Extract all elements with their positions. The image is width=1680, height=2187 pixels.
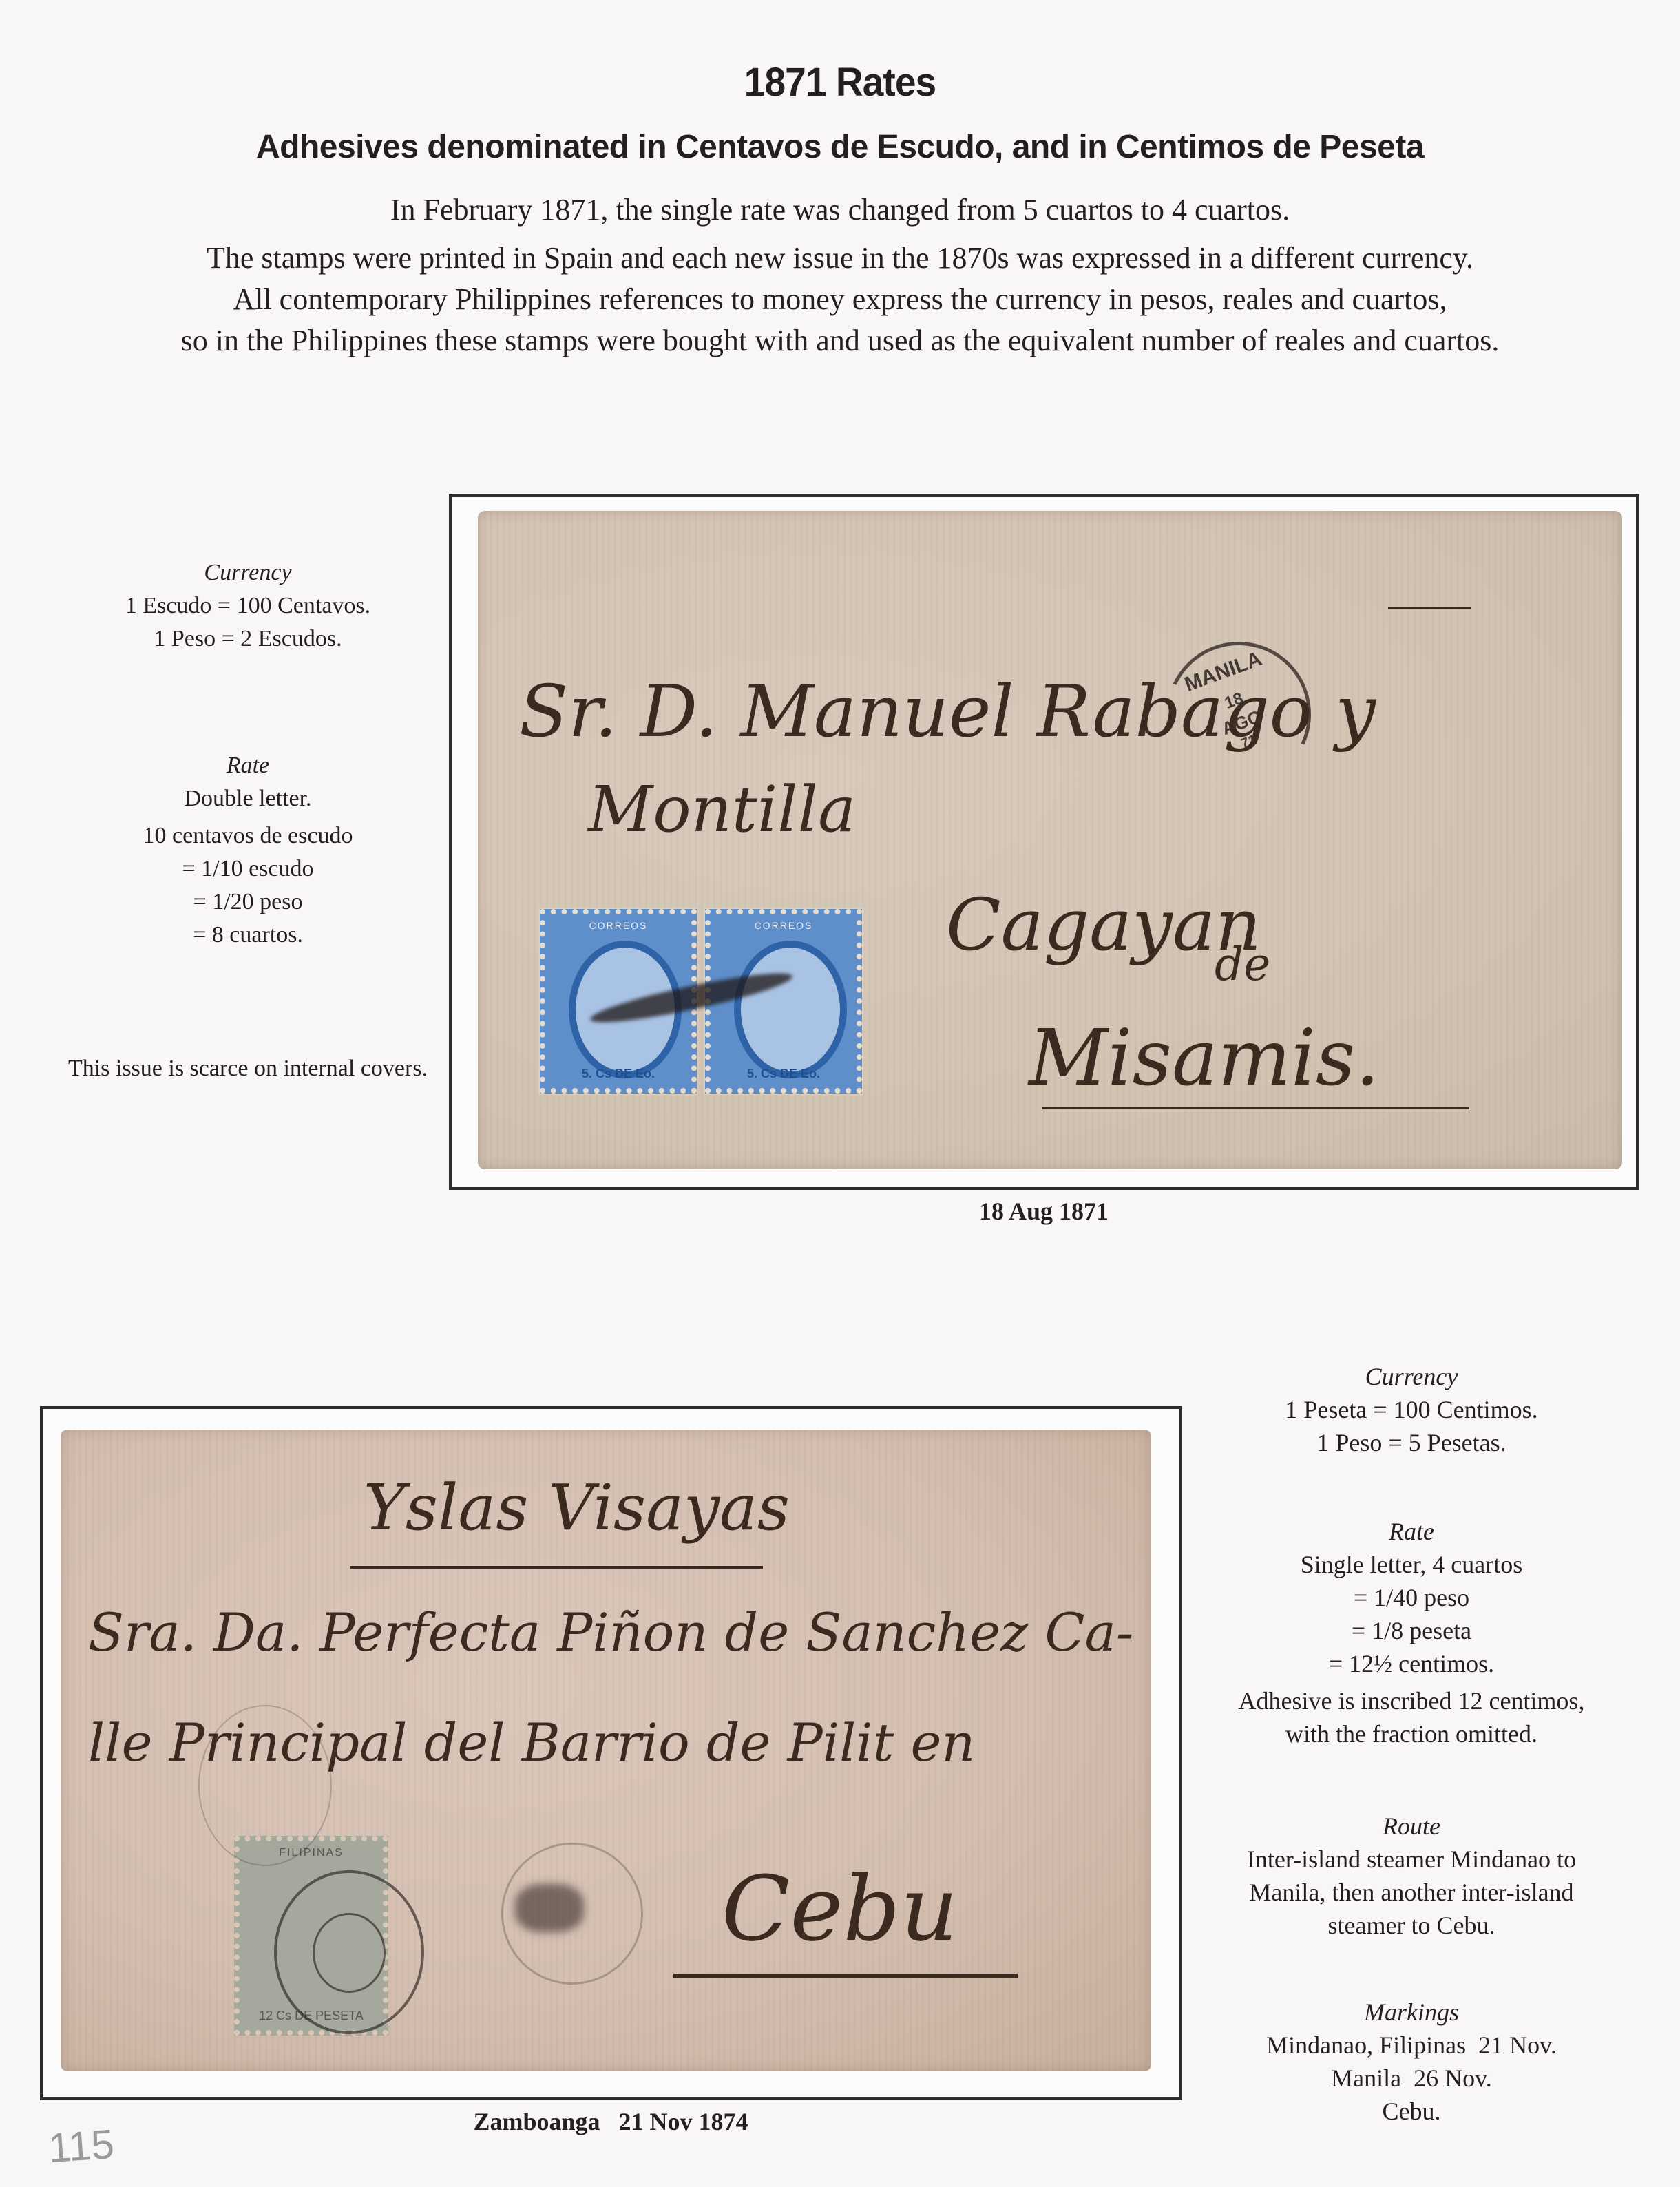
underline — [1042, 1107, 1469, 1109]
currency-heading: Currency — [1191, 1360, 1632, 1393]
cover2-envelope: Yslas Visayas Sra. Da. Perfecta Piñon de… — [61, 1430, 1151, 2071]
cover2-currency-note: Currency 1 Peseta = 100 Centimos. 1 Peso… — [1191, 1360, 1632, 1459]
underline — [673, 1974, 1018, 1978]
pen-stroke — [1388, 607, 1471, 609]
address-line: Sra. Da. Perfecta Piñon de Sanchez Ca- — [88, 1602, 1133, 1663]
address-line: Montilla — [588, 773, 856, 846]
cover2-markings-note: Markings Mindanao, Filipinas 21 Nov. Man… — [1191, 1996, 1632, 2128]
route-line: steamer to Cebu. — [1191, 1909, 1632, 1942]
currency-heading: Currency — [48, 556, 448, 589]
rate-detail: = 8 cuartos. — [48, 919, 448, 952]
rate-heading: Rate — [48, 749, 448, 782]
intro-line: In February 1871, the single rate was ch… — [0, 189, 1680, 231]
currency-line: 1 Peseta = 100 Centimos. — [1191, 1393, 1632, 1426]
route-heading: Route — [1191, 1810, 1632, 1843]
address-line: Cebu — [722, 1856, 958, 1961]
underline — [350, 1566, 763, 1569]
address-line: de — [1215, 938, 1270, 991]
rate-line: Single letter, 4 cuartos — [1191, 1548, 1632, 1581]
cover2-rate-note: Rate Single letter, 4 cuartos = 1/40 pes… — [1191, 1515, 1632, 1750]
intro-line: so in the Philippines these stamps were … — [0, 320, 1680, 362]
rate-remark: with the fraction omitted. — [1191, 1717, 1632, 1750]
address-line: Misamis. — [1029, 1014, 1380, 1103]
rate-line: = 1/8 peseta — [1191, 1614, 1632, 1647]
rate-line: Double letter. — [48, 782, 448, 815]
cover2-caption: Zamboanga 21 Nov 1874 — [40, 2107, 1182, 2136]
markings-line: Manila 26 Nov. — [1191, 2062, 1632, 2095]
cover1-remark: This issue is scarce on internal covers. — [62, 1052, 434, 1085]
cover2-route-note: Route Inter-island steamer Mindanao to M… — [1191, 1810, 1632, 1942]
mindanao-postmark — [274, 1870, 424, 2034]
faint-postmark — [198, 1705, 332, 1866]
address-line: Sr. D. Manuel Rabago y — [519, 669, 1376, 753]
currency-line: 1 Peso = 5 Pesetas. — [1191, 1426, 1632, 1459]
markings-heading: Markings — [1191, 1996, 1632, 2029]
cover1-rate-note: Rate Double letter. 10 centavos de escud… — [48, 749, 448, 952]
intro-line: All contemporary Philippines references … — [0, 279, 1680, 320]
stamp-portrait — [734, 941, 847, 1078]
stamp-5-centavos: CORREOS 5. Cs DE Eo. — [705, 909, 862, 1093]
intro-text: In February 1871, the single rate was ch… — [0, 189, 1680, 362]
page-title: 1871 Rates — [42, 59, 1638, 105]
page-number-pencil: 115 — [47, 2120, 116, 2173]
currency-line: 1 Peso = 2 Escudos. — [48, 622, 448, 656]
markings-line: Cebu. — [1191, 2095, 1632, 2128]
route-line: Inter-island steamer Mindanao to — [1191, 1843, 1632, 1876]
markings-line: Mindanao, Filipinas 21 Nov. — [1191, 2029, 1632, 2062]
rate-heading: Rate — [1191, 1515, 1632, 1548]
cover1-currency-note: Currency 1 Escudo = 100 Centavos. 1 Peso… — [48, 556, 448, 656]
cancel-mark — [515, 1884, 584, 1932]
rate-line: = 12½ centimos. — [1191, 1647, 1632, 1680]
rate-detail: 10 centavos de escudo — [48, 819, 448, 852]
intro-line: The stamps were printed in Spain and eac… — [0, 238, 1680, 279]
rate-detail: = 1/20 peso — [48, 886, 448, 919]
page-subtitle: Adhesives denominated in Centavos de Esc… — [0, 128, 1680, 166]
cover1-envelope: MANILA 18 AGO 71 Sr. D. Manuel Rabago y … — [478, 511, 1622, 1169]
route-line: Manila, then another inter-island — [1191, 1876, 1632, 1909]
rate-remark: Adhesive is inscribed 12 centimos, — [1191, 1684, 1632, 1717]
address-line: Yslas Visayas — [364, 1471, 790, 1545]
rate-detail: = 1/10 escudo — [48, 852, 448, 886]
cover1-caption: 18 Aug 1871 — [449, 1197, 1639, 1226]
rate-line: = 1/40 peso — [1191, 1581, 1632, 1614]
currency-line: 1 Escudo = 100 Centavos. — [48, 589, 448, 622]
